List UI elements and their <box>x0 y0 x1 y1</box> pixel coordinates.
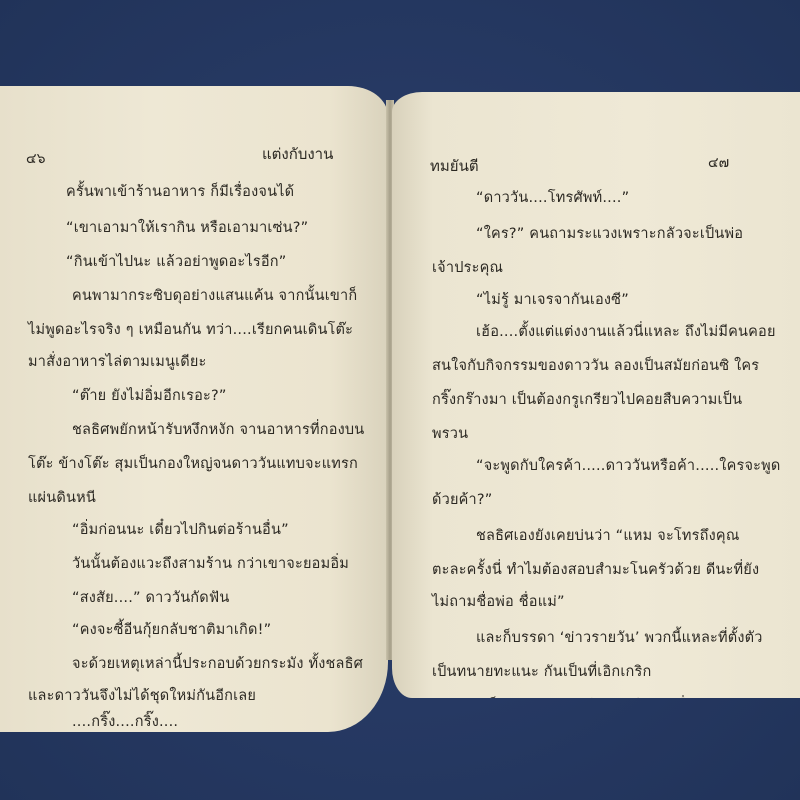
text-line: จะด้วยเหตุเหล่านี้ประกอบด้วยกระมัง ทั้งช… <box>72 652 363 675</box>
text-line: และก็บรรดา ‘ข่าวรายวัน’ พวกนี้แหละที่ตั้… <box>476 626 763 649</box>
text-line: “ใคร?” คนถามระแวงเพราะกลัวจะเป็นพ่อ <box>476 222 743 245</box>
right-page-number: ๔๗ <box>708 152 729 174</box>
text-line: ตะละครั้งนี่ ทำไมต้องสอบสำมะโนครัวด้วย ด… <box>432 558 759 581</box>
text-line: ด้วยค้า?” <box>432 488 493 511</box>
text-line: ชลธิศเองยังเคยบ่นว่า “แหม จะโทรถึงคุณ <box>476 524 739 547</box>
text-line: ....กริ๊ง....กริ๊ง.... <box>72 710 178 732</box>
left-page: ๔๖ แต่งกับงาน ครั้นพาเข้าร้านอาหาร ก็มีเ… <box>0 86 388 732</box>
text-line: มาสั่งอาหารไล่ตามเมนูเดียะ <box>28 350 207 373</box>
text-line: ชลธิศพยักหน้ารับหงึกหงัก จานอาหารที่กองบ… <box>72 418 364 441</box>
left-running-head: แต่งกับงาน <box>262 142 333 166</box>
text-line: “ไม่รู้ มาเจรจากันเองซี” <box>476 288 629 311</box>
text-line: “จะพูดกับใครค้า.....ดาววันหรือค้า.....ใค… <box>476 454 781 477</box>
text-line: “กินเข้าไปนะ แล้วอย่าพูดอะไรอีก” <box>66 250 287 273</box>
text-line: คนพามากระซิบดุอย่างแสนแค้น จากนั้นเขาก็ <box>72 284 357 307</box>
text-line: ครั้นพาเข้าร้านอาหาร ก็มีเรื่องจนได้ <box>66 180 294 203</box>
text-line: “สงสัย....” ดาววันกัดฟัน <box>72 586 229 609</box>
text-line: โต๊ะ ข้างโต๊ะ สุมเป็นกองใหญ่จนดาววันแทบจ… <box>28 452 358 475</box>
left-page-number: ๔๖ <box>26 148 45 170</box>
right-running-head: ทมยันตี <box>430 154 479 178</box>
text-line: เป็นทนายทะแนะ กันเป็นที่เอิกเกริก <box>432 660 651 683</box>
text-line: “เป็นคุณนายหัวหน้ากองดีกว่า เชื่อเราเหอะ <box>476 694 748 698</box>
text-line: “ดาววัน....โทรศัพท์....” <box>476 186 629 209</box>
text-line: และดาววันจึงไม่ได้ชุดใหม่กันอีกเลย <box>28 684 256 707</box>
text-line: เจ้าประคุณ <box>432 256 503 279</box>
right-page: ทมยันตี ๔๗ “ดาววัน....โทรศัพท์....” “ใคร… <box>392 92 800 698</box>
text-line: “อิ่มก่อนนะ เดี๋ยวไปกินต่อร้านอื่น” <box>72 518 289 541</box>
text-line: “ต๊าย ยังไม่อิ่มอีกเรอะ?” <box>72 384 227 407</box>
text-line: เฮ้อ....ตั้งแต่แต่งงานแล้วนี่แหละ ถึงไม่… <box>476 320 776 343</box>
text-line: พรวน <box>432 422 468 445</box>
text-line: แผ่นดินหนี <box>28 486 96 509</box>
text-line: กริ๊งกร๊างมา เป็นต้องกรูเกรียวไปคอยสืบคว… <box>432 388 742 411</box>
text-line: “คงจะซี้อีนกุ้ยกลับชาติมาเกิด!” <box>72 618 271 641</box>
text-line: วันนั้นต้องแวะถึงสามร้าน กว่าเขาจะยอมอิ่… <box>72 552 349 575</box>
text-line: ไม่ถามชื่อพ่อ ชื่อแม่” <box>432 590 565 613</box>
text-line: สนใจกับกิจกรรมของดาววัน ลองเป็นสมัยก่อนซ… <box>432 354 759 377</box>
open-book: ๔๖ แต่งกับงาน ครั้นพาเข้าร้านอาหาร ก็มีเ… <box>0 0 800 800</box>
text-line: “เขาเอามาให้เรากิน หรือเอามาเซ่น?” <box>66 216 308 239</box>
text-line: ไม่พูดอะไรจริง ๆ เหมือนกัน ทว่า....เรียก… <box>28 318 353 341</box>
